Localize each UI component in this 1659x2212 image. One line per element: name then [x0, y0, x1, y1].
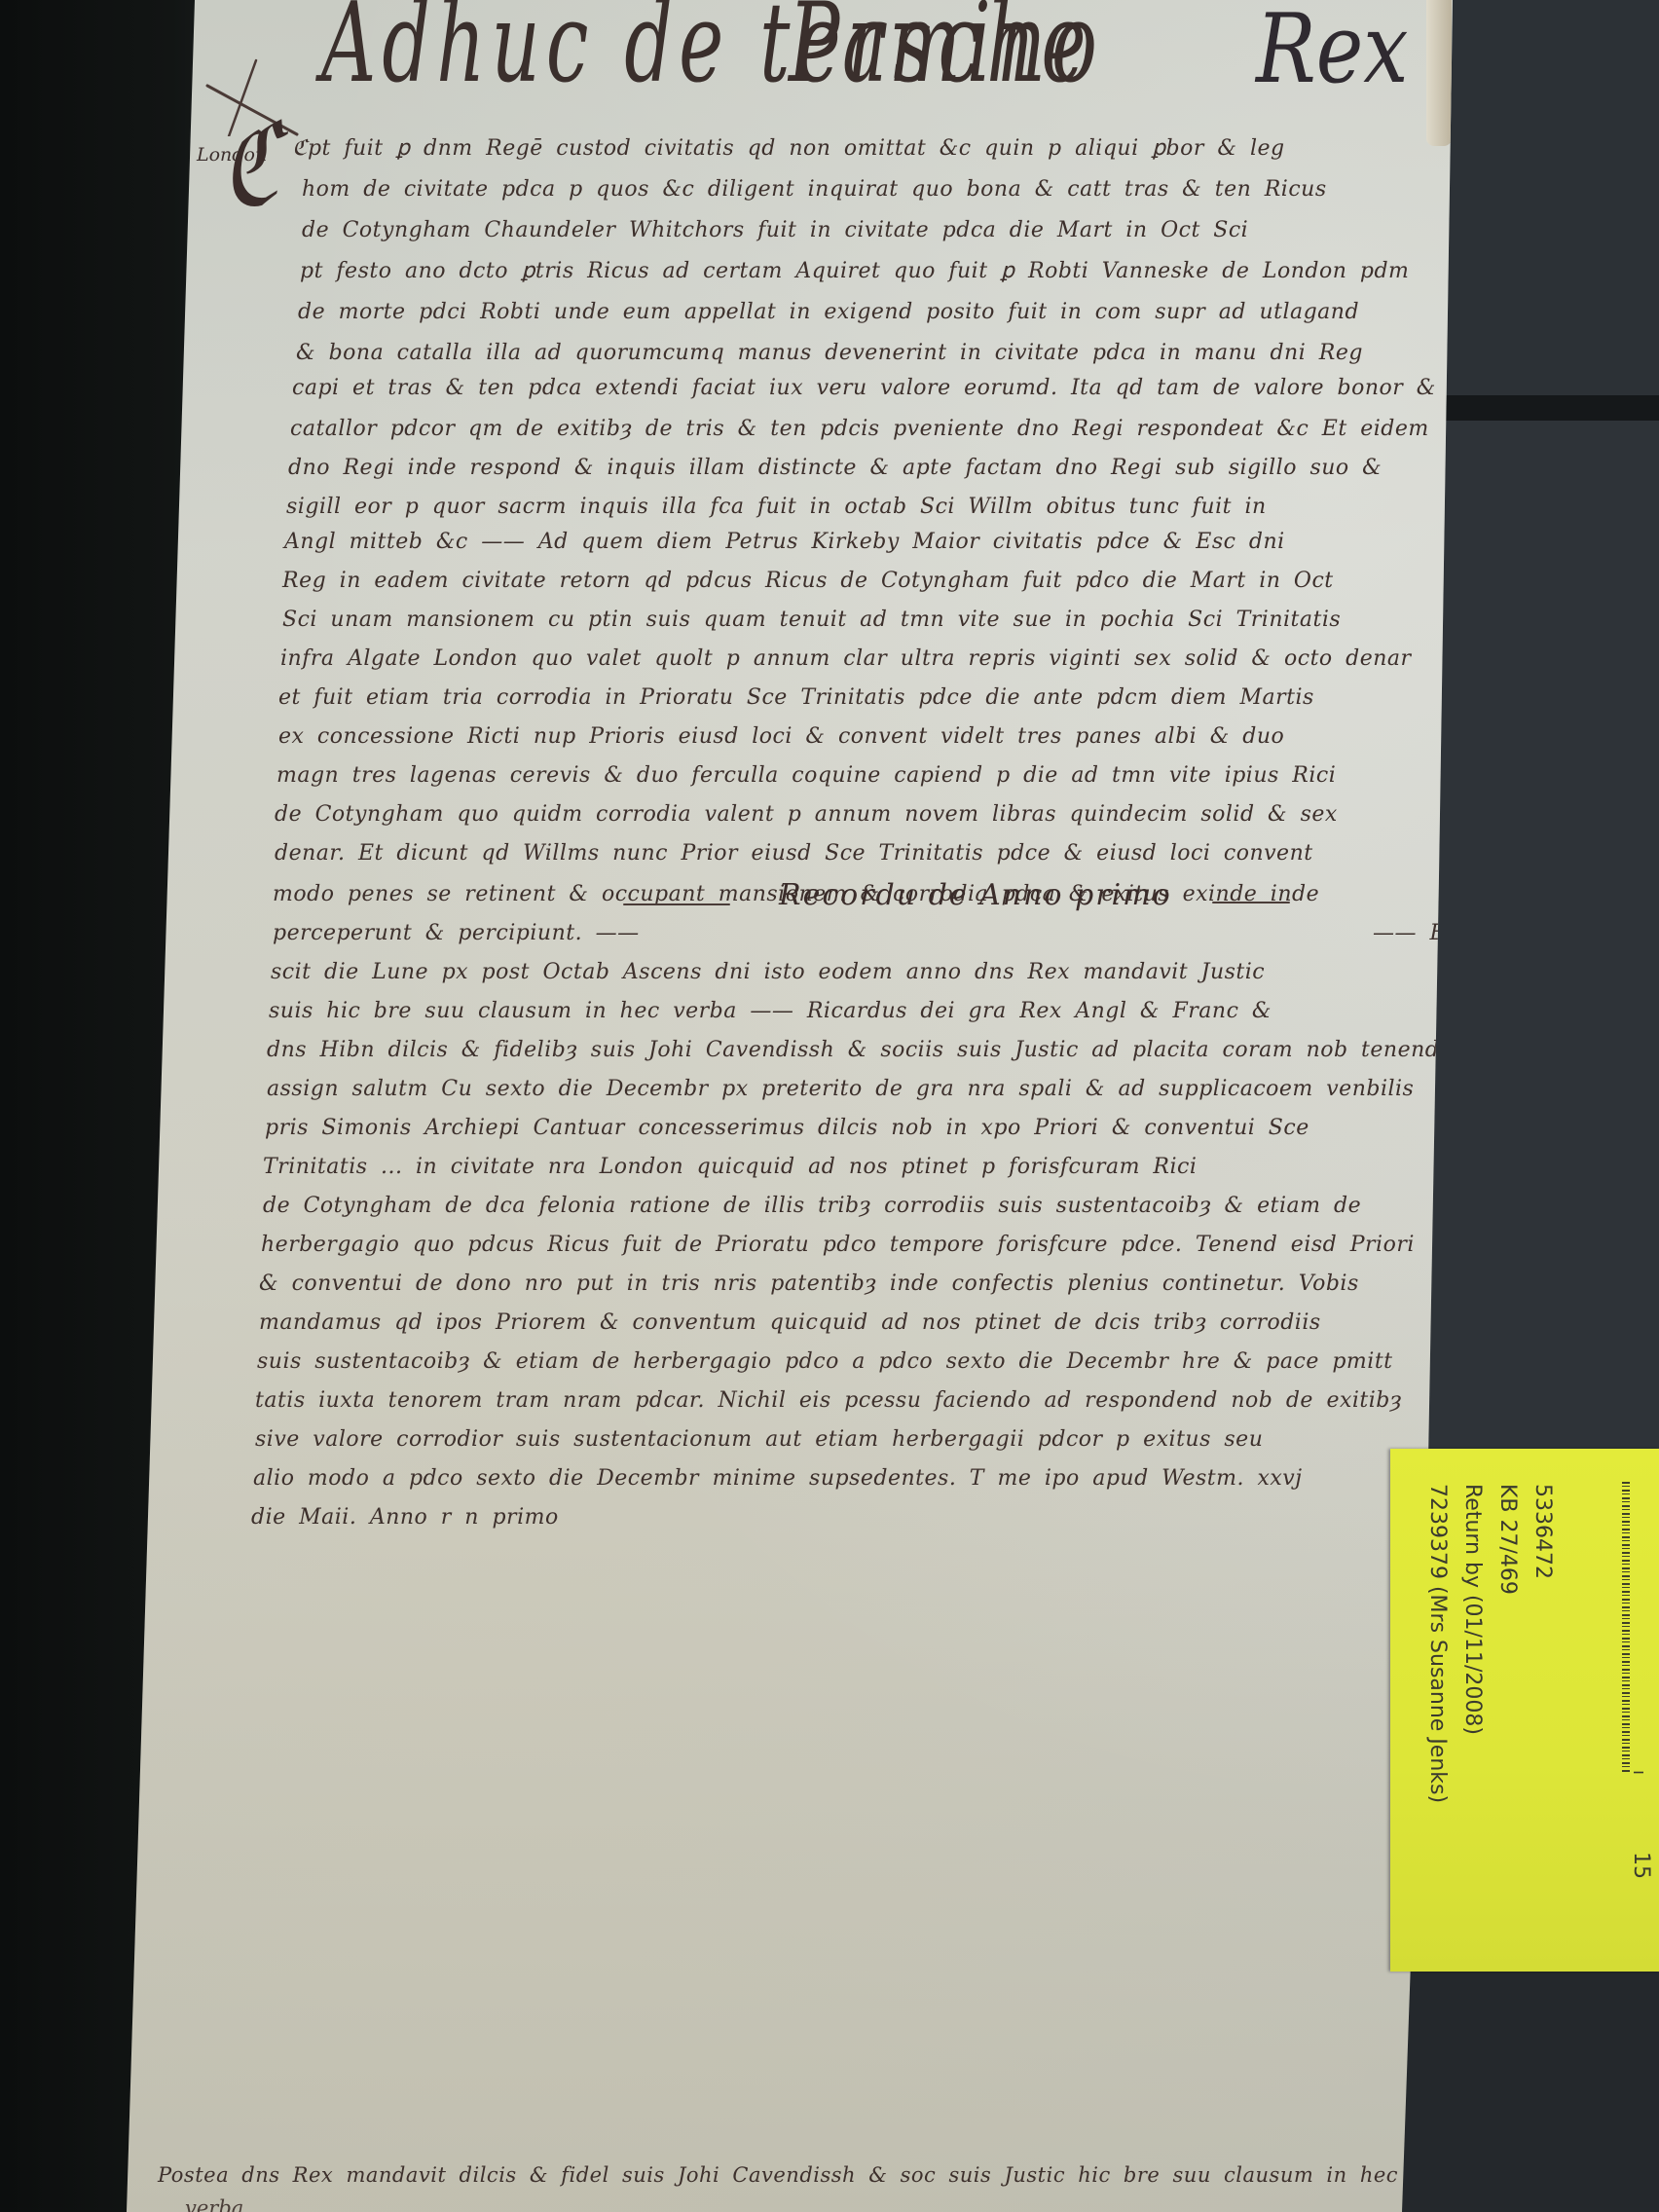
backdrop-groove — [1421, 395, 1659, 421]
postea-entry-line: Postea dns Rex mandavit dilcis & fidel s… — [158, 2163, 1398, 2187]
barcode-icon — [1622, 1482, 1630, 1774]
rubric-dash-left — [623, 903, 730, 905]
text-line: tatis iuxta tenorem tram nram pdcar. Nic… — [255, 1388, 1402, 1413]
text-line: de Cotyngham Chaundeler Whitchors fuit i… — [302, 218, 1248, 242]
text-line: sigill eor p quor sacrm inquis illa fca … — [286, 495, 1267, 519]
text-line: dns Hibn dilcis & fidelibȝ suis Johi Cav… — [267, 1038, 1439, 1062]
text-line: alio modo a pdco sexto die Decembr minim… — [253, 1466, 1303, 1491]
archive-production-ticket: ı 15 5336472 KB 27/469 Return by (01/11/… — [1390, 1449, 1659, 1972]
text-line: ℭpt fuit ꝑ dnm Regē custod civitatis qd … — [292, 136, 1285, 161]
parchment-fold — [1426, 0, 1452, 146]
text-line: scit die Lune px post Octab Ascens dni i… — [271, 960, 1265, 984]
ticket-rotated-text: ı 15 5336472 KB 27/469 Return by (01/11/… — [1390, 1449, 1659, 1972]
text-line: suis hic bre suu clausum in hec verba ——… — [269, 999, 1272, 1023]
text-line: mandamus qd ipos Priorem & conventum qui… — [259, 1310, 1321, 1335]
text-line: magn tres lagenas cerevis & duo ferculla… — [276, 763, 1336, 788]
text-line: & conventui de dono nro put in tris nris… — [259, 1272, 1359, 1296]
ticket-tick-mark: ı — [1629, 1770, 1649, 1775]
text-line: et fuit etiam tria corrodia in Prioratu … — [278, 685, 1314, 710]
initial-flourish: ℭ — [222, 97, 279, 231]
text-line: denar. Et dicunt qd Willms nunc Prior ei… — [275, 841, 1313, 866]
text-line: & bona catalla illa ad quorumcumq manus … — [296, 341, 1363, 365]
text-line: dno Regi inde respond & inquis illam dis… — [288, 456, 1382, 480]
text-line: Angl mitteb &c —— Ad quem diem Petrus Ki… — [284, 530, 1285, 554]
heading-rex: Rex — [1256, 0, 1409, 105]
text-line: ex concessione Ricti nup Prioris eiusd l… — [278, 724, 1284, 749]
rubric-dash-right — [1212, 902, 1290, 903]
text-line: capi et tras & ten pdca extendi faciat i… — [292, 376, 1436, 400]
ticket-details: 5336472 KB 27/469 Return by (01/11/2008)… — [1419, 1484, 1560, 1803]
text-line: sive valore corrodior suis sustentacionu… — [255, 1427, 1263, 1452]
text-line: hom de civitate pdca p quos &c diligent … — [302, 177, 1327, 202]
ticket-reference-number: 5336472 — [1525, 1484, 1560, 1803]
text-line: catallor pdcor qm de exitibȝ de tris & t… — [290, 417, 1429, 441]
ticket-page-number: 15 — [1629, 1852, 1653, 1879]
text-line: die Maii. Anno r n primo — [251, 1505, 559, 1530]
text-line: suis sustentacoibȝ & etiam de herbergagi… — [257, 1349, 1393, 1374]
ticket-return-by: Return by (01/11/2008) — [1455, 1484, 1490, 1803]
text-line: de Cotyngham de dca felonia ratione de i… — [263, 1194, 1361, 1218]
ticket-reader: 7239379 (Mrs Susanne Jenks) — [1419, 1484, 1455, 1803]
ticket-document-reference: KB 27/469 — [1490, 1484, 1525, 1803]
membrane-heading: Adhuc de termino Pasche Rex — [321, 0, 1392, 97]
rubric-recordum: Recordu de Anno primo — [779, 878, 1172, 912]
text-line: de Cotyngham quo quidm corrodia valent p… — [275, 802, 1338, 827]
text-line: de morte pdci Robti unde eum appellat in… — [298, 300, 1359, 324]
text-line: infra Algate London quo valet quolt p an… — [280, 646, 1412, 671]
text-line: herbergagio quo pdcus Ricus fuit de Prio… — [261, 1233, 1415, 1257]
postea-entry-line-2: verba ... ... — [185, 2196, 296, 2212]
text-line: Trinitatis ... in civitate nra London qu… — [263, 1155, 1197, 1179]
heading-pasche: Pasche — [789, 0, 1092, 108]
text-line: perceperunt & percipiunt. —— — [273, 921, 640, 945]
text-line: pt festo ano dcto ꝑtris Ricus ad certam … — [300, 259, 1409, 283]
text-line: assign salutm Cu sexto die Decembr px pr… — [267, 1077, 1414, 1101]
slate-backdrop-right-bottom — [1392, 1972, 1659, 2212]
text-line: Reg in eadem civitate retorn qd pdcus Ri… — [282, 569, 1334, 593]
text-line: Sci unam mansionem cu ptin suis quam ten… — [282, 608, 1341, 632]
text-line: pris Simonis Archiepi Cantuar concesseri… — [265, 1116, 1309, 1140]
